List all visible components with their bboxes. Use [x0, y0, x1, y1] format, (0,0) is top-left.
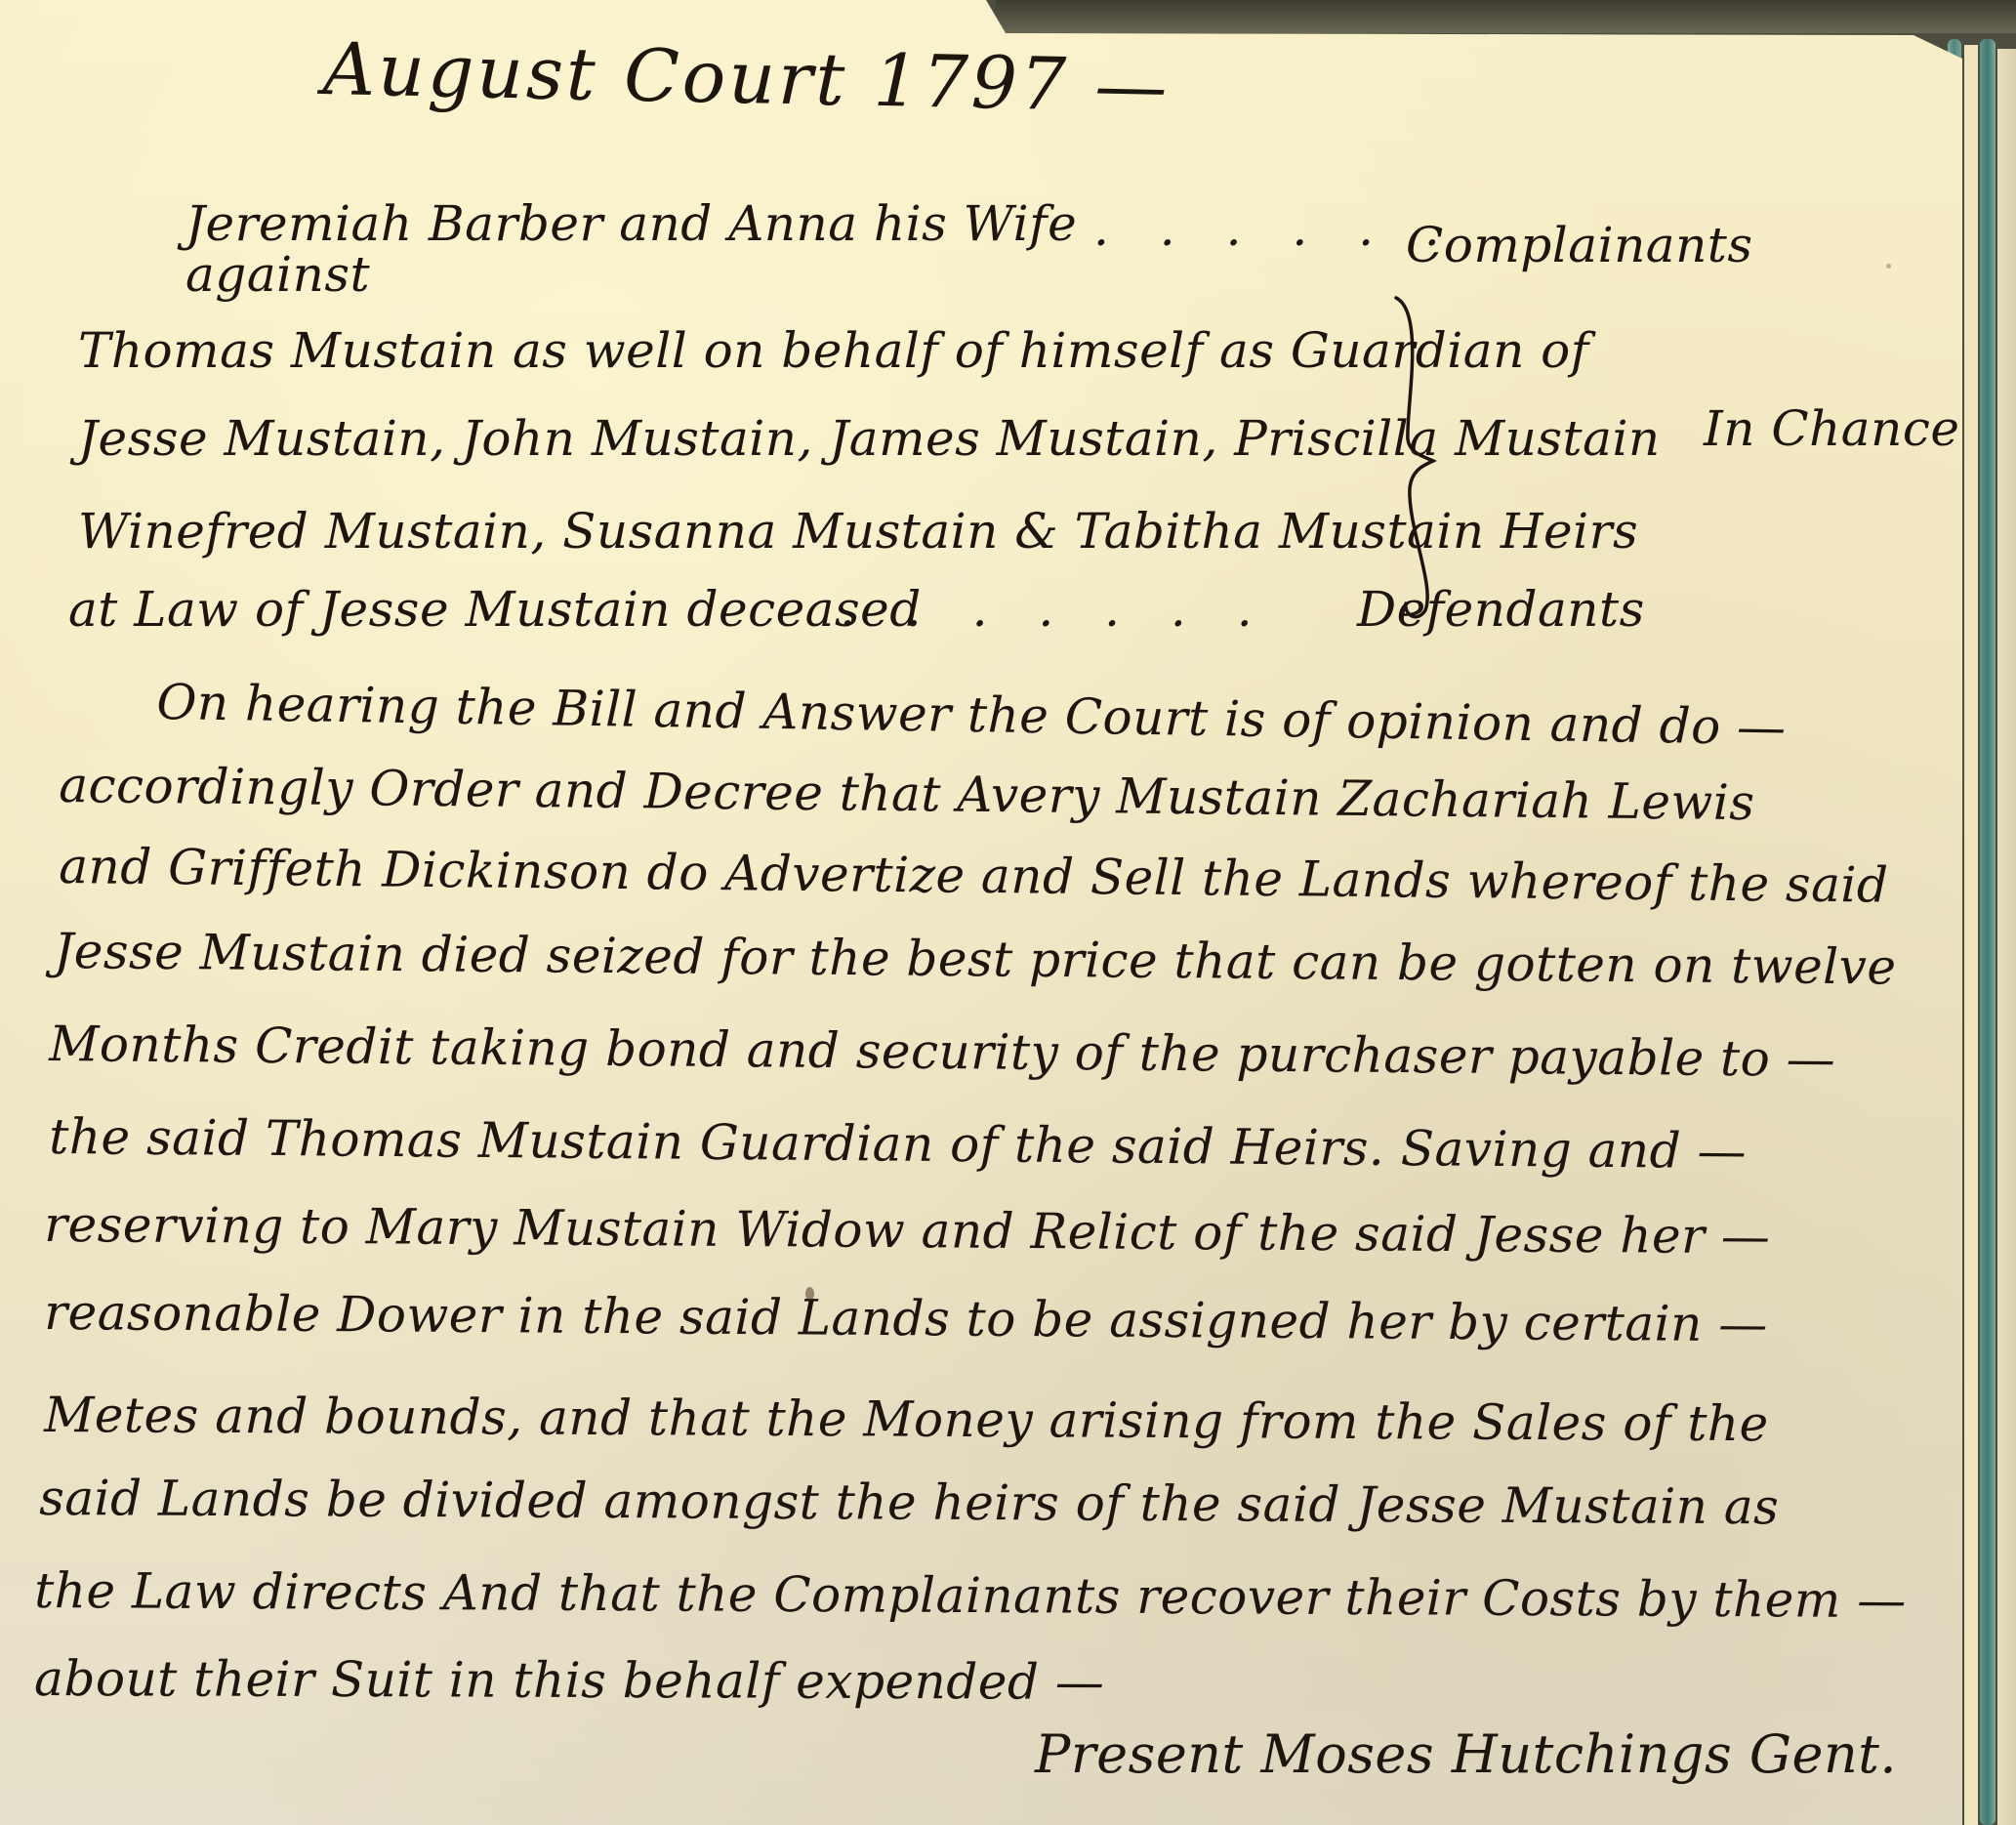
- decree-line-11: the Law directs And that the Complainant…: [34, 1562, 1907, 1629]
- defendant-line-4: at Law of Jesse Mustain deceased: [68, 581, 922, 638]
- decree-line-3: and Griffeth Dickinson do Advertize and …: [59, 838, 1889, 914]
- decree-line-7: reserving to Mary Mustain Widow and Reli…: [44, 1196, 1771, 1265]
- complainant-leader-dots: . . . . . .: [1093, 200, 1458, 257]
- decree-line-4: Jesse Mustain died seized for the best p…: [54, 923, 1897, 995]
- decree-line-5: Months Credit taking bond and security o…: [49, 1016, 1835, 1088]
- decree-line-6: the said Thomas Mustain Guardian of the …: [49, 1108, 1747, 1180]
- ink-blot: [805, 1287, 814, 1301]
- stacked-page-edges: [1997, 49, 2016, 1825]
- court-session-heading: August Court 1797 —: [322, 27, 1171, 129]
- decree-line-2: accordingly Order and Decree that Avery …: [59, 757, 1755, 831]
- defendant-leader-dots: . . . . . . .: [840, 581, 1270, 638]
- page-edge-gap: [1964, 45, 1978, 1825]
- ink-speck: [1886, 264, 1891, 269]
- decree-line-10: said Lands be divided amongst the heirs …: [39, 1470, 1779, 1535]
- table-surface-backdrop: [996, 0, 2016, 33]
- decree-line-9: Metes and bounds, and that the Money ari…: [44, 1387, 1769, 1452]
- teal-page-edge-outer: [1980, 39, 1995, 1825]
- defendant-line-1: Thomas Mustain as well on behalf of hims…: [78, 322, 1589, 379]
- versus-label: against: [185, 246, 370, 303]
- complainants-label: Complainants: [1406, 217, 1753, 273]
- decree-line-1: On hearing the Bill and Answer the Court…: [156, 674, 1787, 756]
- presiding-signature: Present Moses Hutchings Gent.: [1035, 1723, 1897, 1785]
- manuscript-page: August Court 1797 — Jeremiah Barber and …: [0, 0, 1962, 1825]
- curly-brace-icon: [1386, 293, 1445, 625]
- scanned-ledger-page: August Court 1797 — Jeremiah Barber and …: [0, 0, 2016, 1825]
- decree-line-12: about their Suit in this behalf expended…: [34, 1650, 1104, 1711]
- decree-line-8: reasonable Dower in the said Lands to be…: [44, 1284, 1768, 1352]
- complainant-names: Jeremiah Barber and Anna his Wife: [185, 195, 1077, 252]
